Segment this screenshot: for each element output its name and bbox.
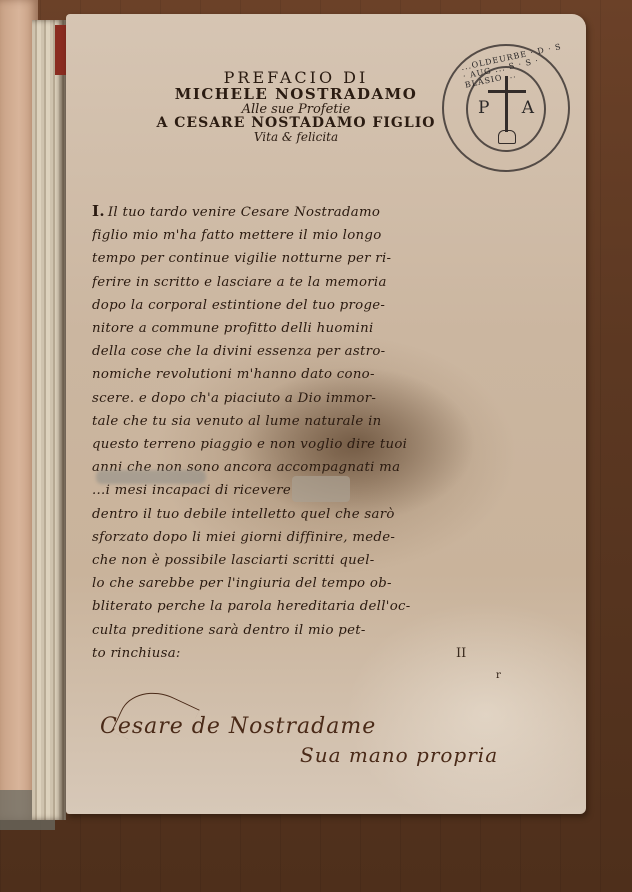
book-spine-fabric [32, 20, 66, 820]
manuscript-page: PREFACIO DI MICHELE NOSTRADAMO Alle sue … [66, 14, 586, 814]
heading-line-4: A CESARE NOSTADAMO FIGLIO [136, 116, 456, 131]
body-line: nomiche revolutioni m'hanno dato cono- [92, 363, 492, 386]
heading-line-5: Vita & felicita [136, 131, 456, 144]
body-line: della cose che la divini essenza per ast… [92, 340, 492, 363]
signature-flourish [111, 680, 199, 762]
stamp-inner-oval: P A [466, 66, 546, 152]
library-stamp: ...OLDEURBE · D · S · AUG ... S · S · BL… [442, 44, 570, 172]
page-heading: PREFACIO DI MICHELE NOSTRADAMO Alle sue … [136, 70, 456, 143]
body-line: I.Il tuo tardo venire Cesare Nostradamo [92, 200, 492, 224]
stamp-letter-right: A [522, 98, 534, 118]
body-line: to rinchiusa: [92, 642, 492, 665]
body-line: ferire in scritto e lasciare a te la mem… [92, 271, 492, 294]
section-numeral: I. [92, 202, 105, 220]
papal-tiara-icon [498, 130, 516, 144]
body-line: che non è possibile lasciarti scritti qu… [92, 549, 492, 572]
body-line: questo terreno piaggio e non voglio dire… [92, 433, 492, 456]
signature: Cesare de Nostradame Sua mano propria [100, 714, 560, 767]
paper-patch [292, 476, 350, 502]
signature-line-2: Sua mano propria [300, 743, 560, 767]
cross-icon-bar [488, 90, 526, 93]
body-line: sforzato dopo li miei giorni diffinire, … [92, 526, 492, 549]
heading-line-3: Alle sue Profetie [136, 103, 456, 117]
body-line: figlio mio m'ha fatto mettere il mio lon… [92, 224, 492, 247]
body-line: nitore a commune profitto delli huomini [92, 317, 492, 340]
stamp-letter-left: P [478, 98, 489, 118]
body-line: lo che sarebbe per l'ingiuria del tempo … [92, 572, 492, 595]
body-line: dentro il tuo debile intelletto quel che… [92, 503, 492, 526]
manuscript-body: I.Il tuo tardo venire Cesare Nostradamo … [92, 200, 492, 665]
paper-damage [96, 470, 206, 484]
body-line: bliterato perche la parola hereditaria d… [92, 595, 492, 618]
body-line: tempo per continue vigilie notturne per … [92, 247, 492, 270]
body-line: scere. e dopo ch'a piaciuto a Dio immor- [92, 387, 492, 410]
page-mark-small: r [496, 670, 501, 681]
stamp-letters: P A [478, 98, 534, 118]
heading-line-2: MICHELE NOSTRADAMO [136, 87, 456, 103]
page-mark: II [456, 646, 466, 661]
body-line: culta preditione sarà dentro il mio pet- [92, 619, 492, 642]
body-line: tale che tu sia venuto al lume naturale … [92, 410, 492, 433]
body-line: dopo la corporal estintione del tuo prog… [92, 294, 492, 317]
